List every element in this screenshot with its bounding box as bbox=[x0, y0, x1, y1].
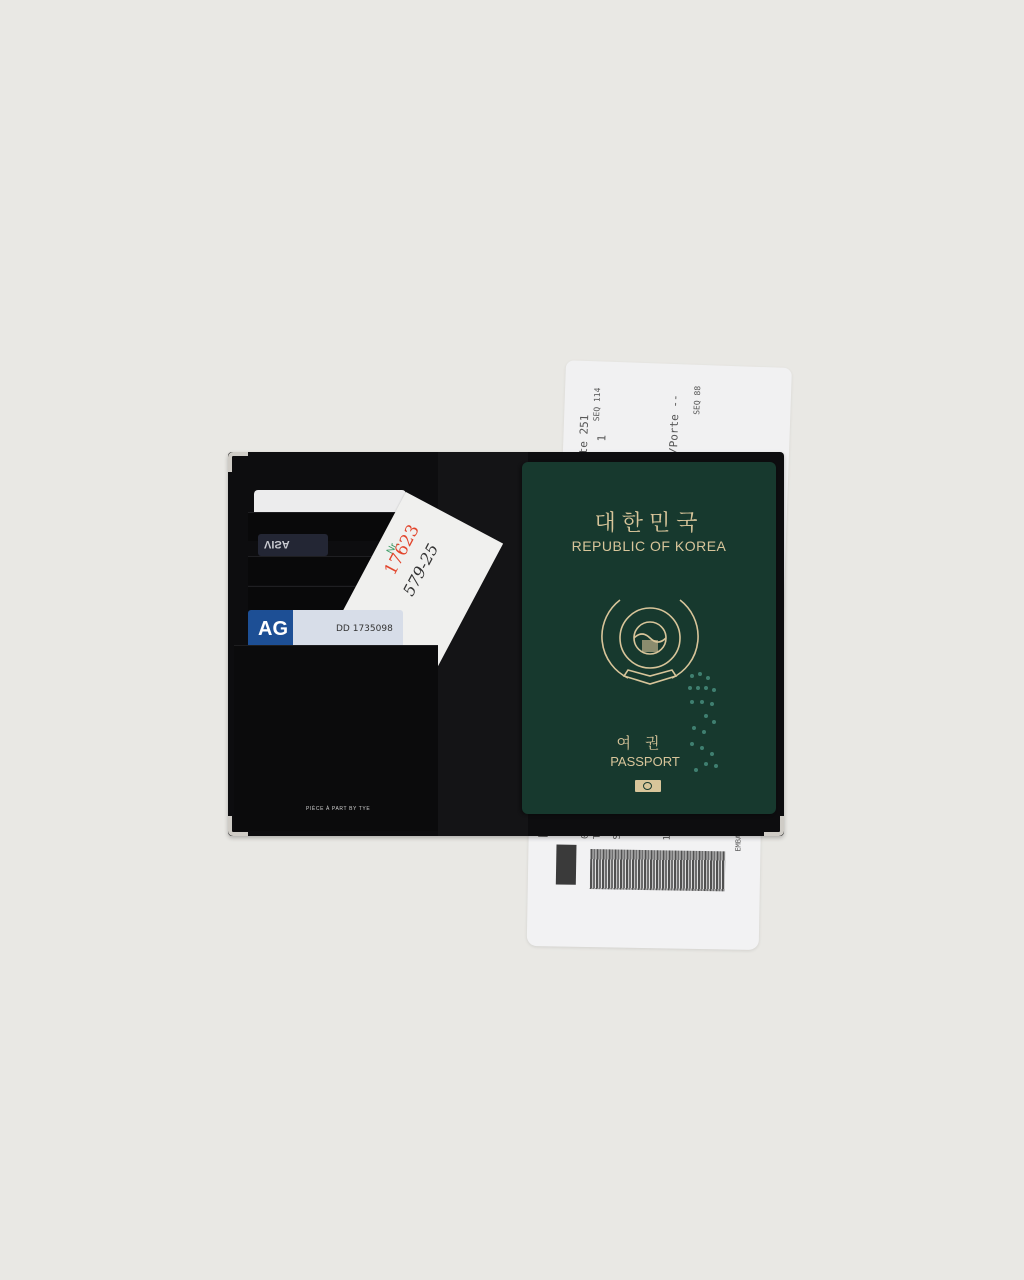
wallet-pocket bbox=[234, 645, 438, 831]
boarding-pass-text: /Porte -- bbox=[667, 394, 682, 454]
transit-card: AG DD 1735098 bbox=[248, 610, 403, 650]
passport-title-english: REPUBLIC OF KOREA bbox=[522, 538, 776, 554]
wallet-spine bbox=[438, 452, 528, 836]
sky-priority-badge bbox=[556, 844, 577, 884]
biometric-chip-icon bbox=[635, 780, 661, 792]
passport-label-korean: 여권 bbox=[522, 732, 768, 753]
transit-card-logo: AG bbox=[258, 618, 288, 641]
passport-title-korean: 대한민국 bbox=[522, 506, 776, 537]
boarding-pass-text: 1 bbox=[595, 435, 608, 442]
security-dots bbox=[682, 670, 722, 780]
boarding-pass-text: SEQ 114 bbox=[592, 387, 602, 421]
metal-corner bbox=[228, 452, 248, 472]
metal-corner bbox=[764, 816, 784, 836]
passport: 대한민국 REPUBLIC OF KOREA 여권 PASSPORT bbox=[522, 462, 776, 814]
boarding-pass-text: SEQ 88 bbox=[692, 386, 702, 415]
transit-card-number: DD 1735098 bbox=[336, 624, 393, 634]
brand-stamp: PIÈCE À PART BY TYE bbox=[306, 806, 370, 812]
barcode bbox=[590, 849, 726, 891]
passport-label-english: PASSPORT bbox=[522, 754, 768, 769]
visa-card: VISA bbox=[258, 534, 328, 556]
